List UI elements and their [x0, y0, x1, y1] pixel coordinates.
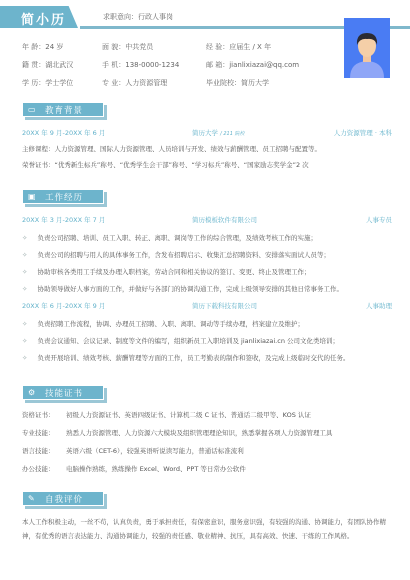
- section-skills-header: ⚙ 技能证书: [22, 385, 106, 402]
- education-courses: 主修课程：人力资源管理、国际人力资源管理、人员培训与开发、绩效与薪酬管理、员工招…: [22, 144, 392, 153]
- info-experience: 经 验：应届生 / X 年: [206, 42, 271, 52]
- skill-row: 办公技能：电脑操作熟练，熟练操作 Excel、Word、PPT 等日常办公软件: [22, 464, 246, 473]
- skill-row: 专业技能：熟悉人力资源管理、人力资源六大模块及组织管理理论知识，熟悉掌握各项人力…: [22, 428, 333, 437]
- info-email: 邮 箱：jianlixiazai@qq.com: [206, 60, 299, 70]
- avatar-photo: [344, 18, 390, 78]
- job-1-bullet: ✧协助审核各类用工手续及办理入职档案，劳动合同和相关协议的签订、变更、终止及管理…: [22, 267, 310, 276]
- graduation-icon: ▭: [28, 105, 38, 114]
- section-education-header: ▭ 教育背景: [22, 102, 106, 119]
- job-1-bullet: ✧协助领导做好人事方面的工作，并做好与各部门的协调沟通工作，完成上级领导安排的其…: [22, 284, 343, 293]
- job-2-bullet: ✧负责招聘工作流程，协调、办理员工招聘、入职、离职、调动等手续办理，档案建立及维…: [22, 319, 304, 328]
- skill-row: 资格证书：初级人力资源证书、英语四级证书、计算机二级 C 证书、普通话二级甲等、…: [22, 410, 311, 419]
- education-period: 20XX 年 9 月-20XX 年 6 月: [22, 129, 105, 137]
- job-2-bullet: ✧负责会议通知、会议记录、制度等文件的编写，组织新员工入职培训及 jianlix…: [22, 336, 339, 345]
- section-work-header: ▣ 工作经历: [22, 189, 106, 206]
- info-phone: 手 机：138-0000-1234: [102, 60, 179, 70]
- info-political: 面 貌：中共党员: [102, 42, 153, 52]
- job-1-bullet: ✧负责公司的招聘与用人的具体事务工作，含发布招聘启示、收集汇总招聘资料、安排落实…: [22, 250, 330, 259]
- school-tag: / 211 院校: [220, 131, 244, 137]
- job-1-summary: 20XX 年 3 月-20XX 年 7 月 简历模板软件有限公司 人事专员: [22, 215, 392, 224]
- job-2-bullet: ✧负责开展培训、绩效考核、薪酬管理等方面的工作，员工考勤表的制作和签收，及完成上…: [22, 353, 349, 362]
- job-1-bullet: ✧负责公司招聘、培训、员工入职、转正、离职、调岗等工作的综合管理，及绩效考核工作…: [22, 233, 317, 242]
- skill-row: 语言技能：英语六级（CET-6），较强英语听说读写能力，普通话标准流利: [22, 446, 244, 455]
- info-major: 专 业：人力资源管理: [102, 78, 167, 88]
- job-2-summary: 20XX 年 6 月-20XX 年 9 月 简历下载科技有限公司 人事助理: [22, 301, 392, 310]
- info-degree: 学 历：学士学位: [22, 78, 73, 88]
- school-name: 简历大学: [192, 129, 218, 137]
- info-hometown: 籍 贯：湖北武汉: [22, 60, 73, 70]
- self-evaluation-text: 本人工作积极主动，一丝不苟，认真负责，勇于承担责任，有保密意识，服务意识强，有较…: [22, 515, 392, 543]
- candidate-name: 简小历: [21, 9, 66, 28]
- education-major: 人力资源管理 · 本科: [334, 128, 392, 137]
- briefcase-icon: ▣: [28, 192, 38, 201]
- education-summary: 20XX 年 9 月-20XX 年 6 月 简历大学 / 211 院校 人力资源…: [22, 128, 392, 137]
- person-icon: [344, 18, 390, 78]
- info-school: 毕业院校：简历大学: [206, 78, 269, 88]
- gear-icon: ⚙: [28, 388, 38, 397]
- info-age: 年 龄：24 岁: [22, 42, 63, 52]
- section-self-eval-header: ✎ 自我评价: [22, 491, 106, 508]
- pencil-icon: ✎: [28, 494, 38, 503]
- job-intent: 求职意向：行政人事岗: [103, 12, 173, 22]
- education-honors: 荣誉证书：“优秀新生标兵”称号、“优秀学生会干部”称号、“学习标兵”称号、“国家…: [22, 160, 392, 169]
